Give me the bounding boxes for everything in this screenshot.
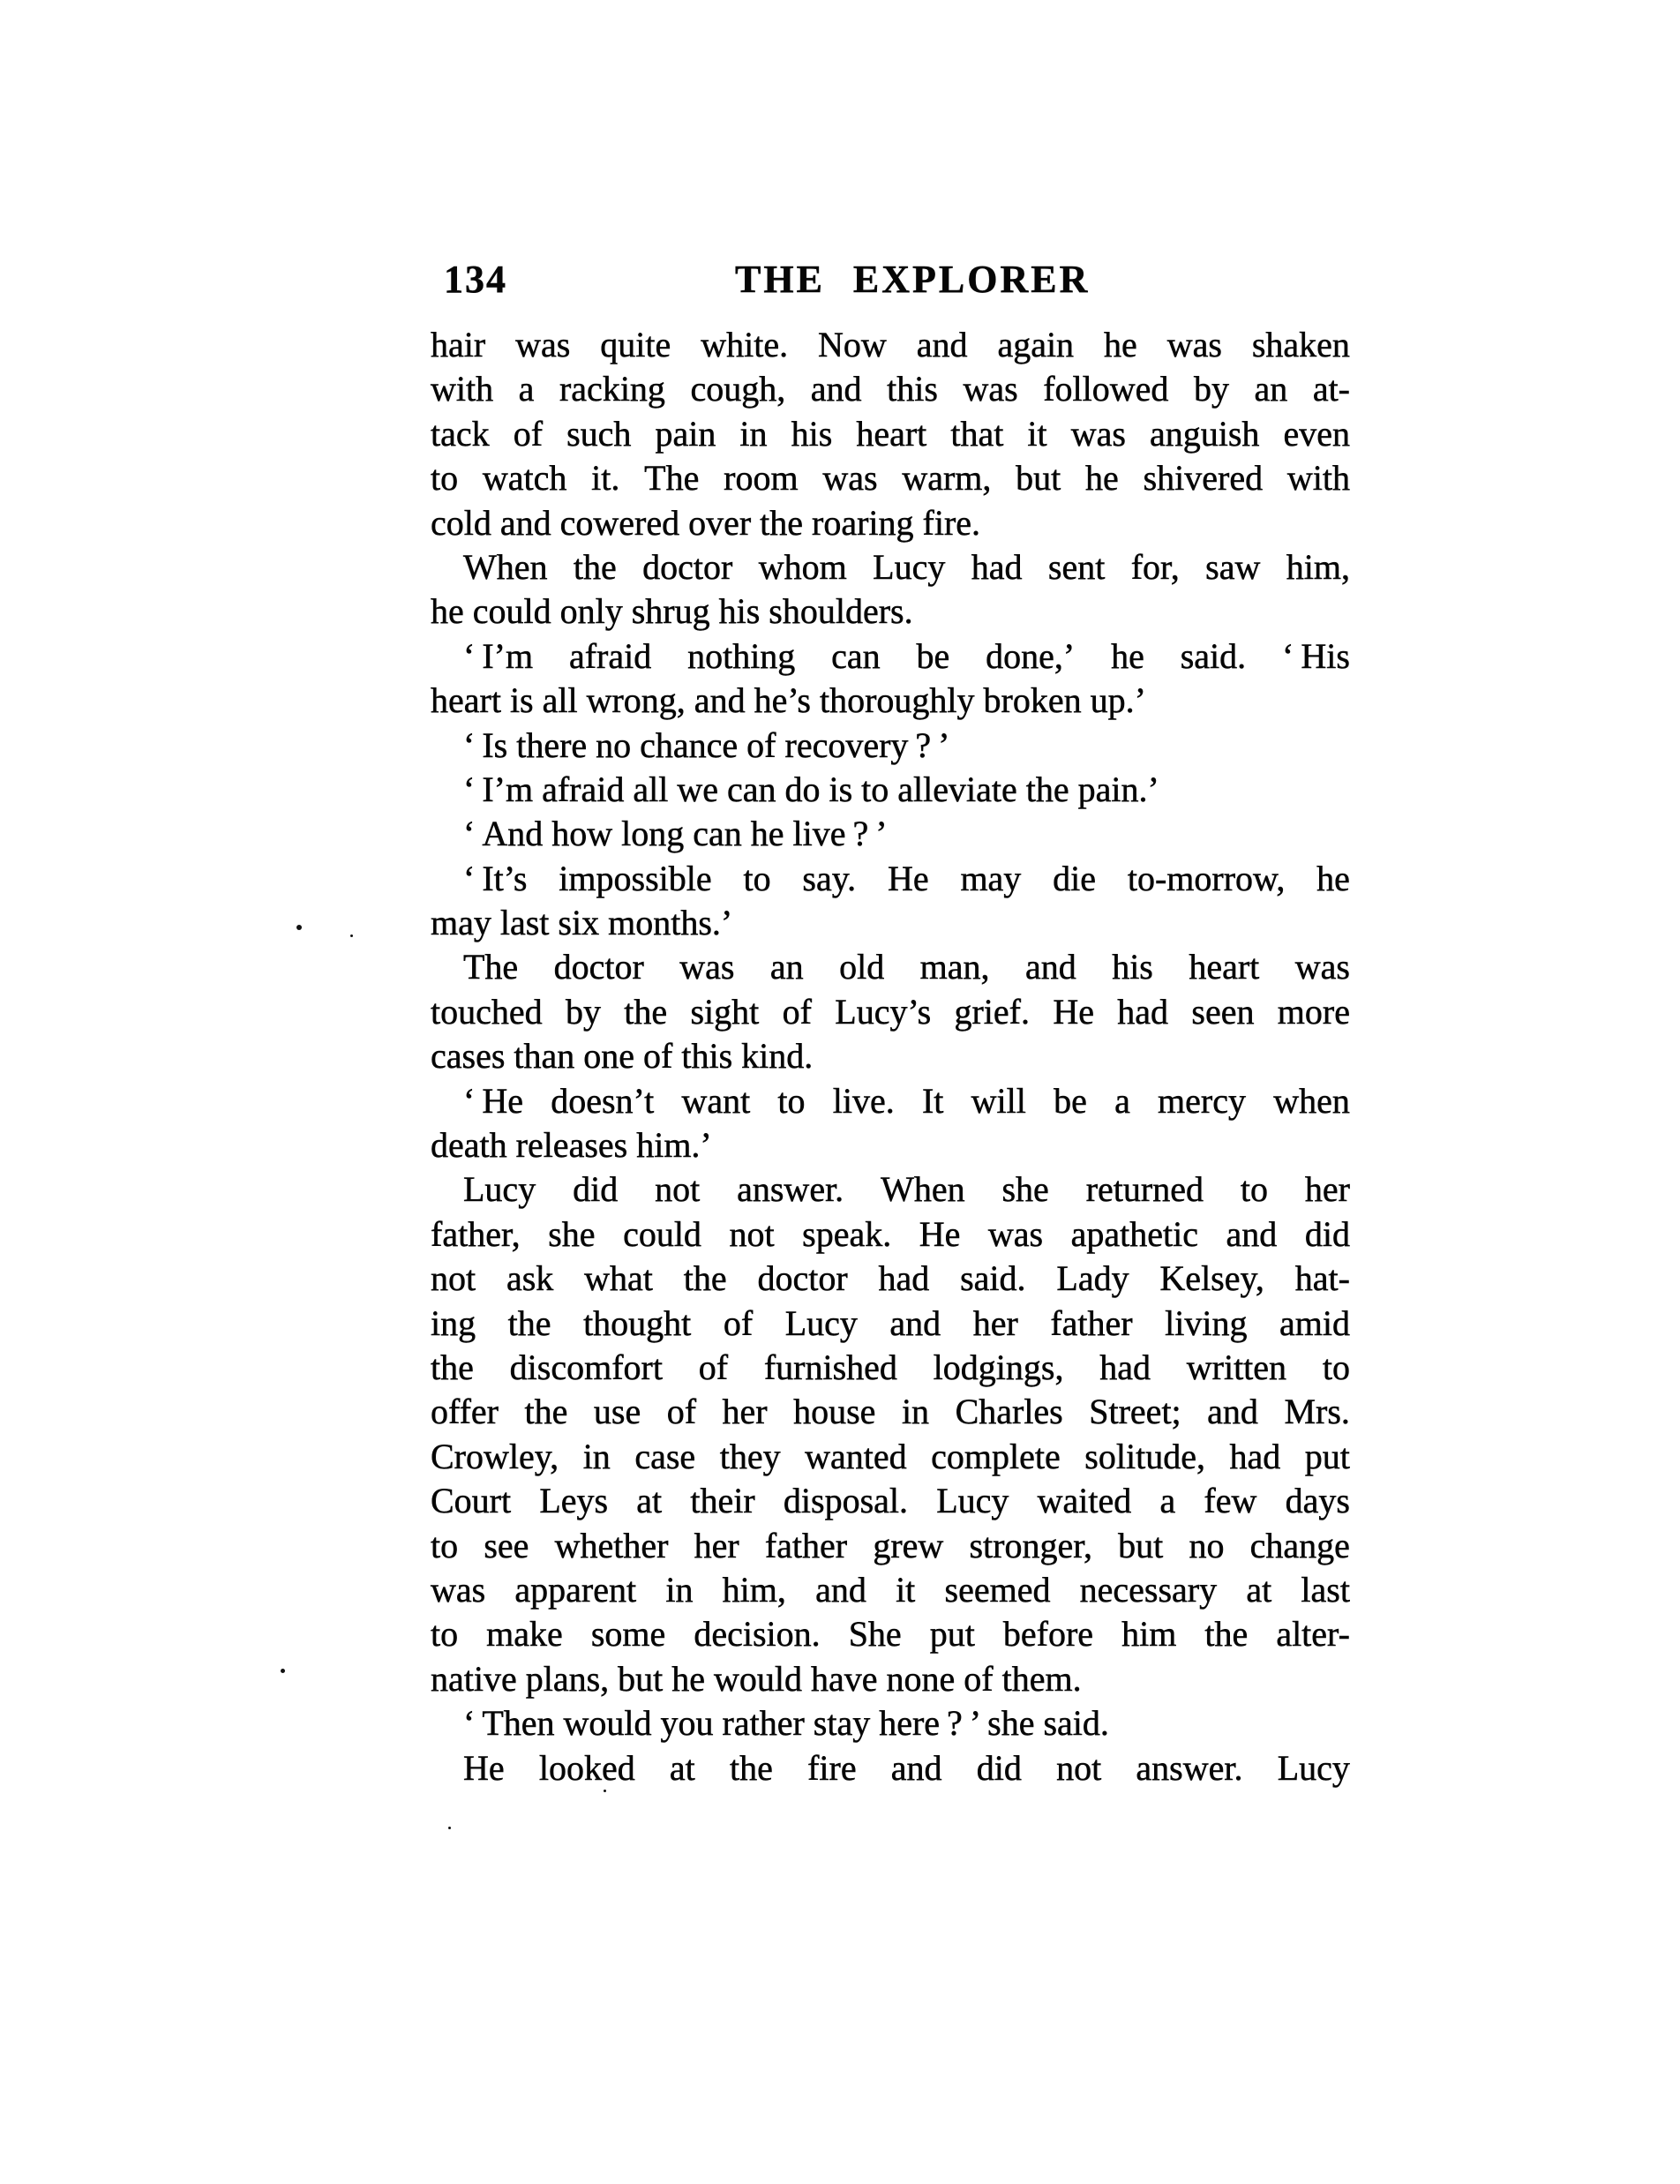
body-line: native plans, but he would have none of … [431,1657,1350,1701]
body-line: ‘ I’m afraid all we can do is to allevia… [431,768,1350,812]
book-page: 134 THE EXPLORER hairwasquitewhite.Nowan… [0,0,1680,2184]
body-line: Helookedatthefireanddidnotanswer.Lucy [431,1746,1350,1790]
body-line: offertheuseofherhouseinCharlesStreet;and… [431,1390,1350,1434]
body-line: Crowley,incasetheywantedcompletesolitude… [431,1435,1350,1479]
body-line: father,shecouldnotspeak.Hewasapathetican… [431,1212,1350,1257]
body-line: cold and cowered over the roaring fire. [431,501,1350,545]
body-line: death releases him.’ [431,1123,1350,1167]
body-line: witharackingcough,andthiswasfollowedbyan… [431,367,1350,411]
ink-speck [350,934,353,937]
running-title: THE EXPLORER [735,257,1090,303]
body-line: touchedbythesightofLucy’sgrief.Hehadseen… [431,990,1350,1034]
body-line: WhenthedoctorwhomLucyhadsentfor,sawhim, [431,545,1350,589]
body-line: Lucydidnotanswer.Whenshereturnedtoher [431,1167,1350,1212]
body-line: tomakesomedecision.Sheputbeforehimthealt… [431,1612,1350,1656]
body-line: may last six months.’ [431,901,1350,945]
body-line: tackofsuchpaininhisheartthatitwasanguish… [431,412,1350,456]
ink-speck [448,1827,451,1829]
body-line: wasapparentinhim,anditseemednecessaryatl… [431,1568,1350,1612]
body-line: towatchit.Theroomwaswarm,butheshiveredwi… [431,456,1350,500]
body-line: Thedoctorwasanoldman,andhisheartwas [431,945,1350,989]
body-line: ‘ And how long can he live ? ’ [431,812,1350,856]
text-block: hairwasquitewhite.Nowandagainhewasshaken… [431,323,1350,1790]
body-line: cases than one of this kind. [431,1034,1350,1078]
body-line: ‘ Then would you rather stay here ? ’ sh… [431,1701,1350,1745]
body-line: ‘ I’mafraidnothingcanbedone,’hesaid.‘ Hi… [431,634,1350,679]
body-line: ingthethoughtofLucyandherfatherlivingami… [431,1302,1350,1346]
body-line: he could only shrug his shoulders. [431,589,1350,634]
body-line: ‘ Hedoesn’twanttolive.Itwillbeamercywhen [431,1079,1350,1123]
body-line: thediscomfortoffurnishedlodgings,hadwrit… [431,1346,1350,1390]
ink-speck [281,1669,285,1673]
body-line: heart is all wrong, and he’s thoroughly … [431,679,1350,723]
body-line: hairwasquitewhite.Nowandagainhewasshaken [431,323,1350,367]
ink-speck [296,925,302,930]
body-line: toseewhetherherfathergrewstronger,butnoc… [431,1524,1350,1568]
body-line: ‘ Is there no chance of recovery ? ’ [431,724,1350,768]
page-number: 134 [444,257,507,303]
page-header: 134 THE EXPLORER [0,257,1680,303]
body-line: CourtLeysattheirdisposal.Lucywaitedafewd… [431,1479,1350,1523]
body-line: ‘ It’simpossibletosay.Hemaydieto-morrow,… [431,857,1350,901]
ink-speck [604,1790,606,1792]
body-line: notaskwhatthedoctorhadsaid.LadyKelsey,ha… [431,1257,1350,1301]
